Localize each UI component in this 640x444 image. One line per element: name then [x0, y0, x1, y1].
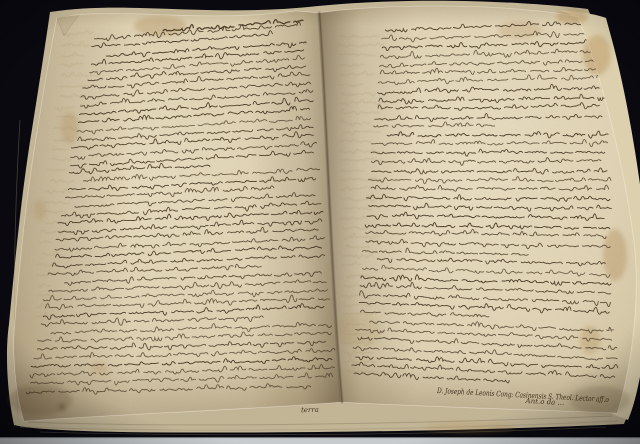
photo-vignette: [0, 0, 640, 444]
manuscript-photo: terra D. Joseph de Leonis Cong: Casinens…: [0, 0, 640, 444]
manuscript-scene: terra D. Joseph de Leonis Cong: Casinens…: [0, 0, 640, 444]
